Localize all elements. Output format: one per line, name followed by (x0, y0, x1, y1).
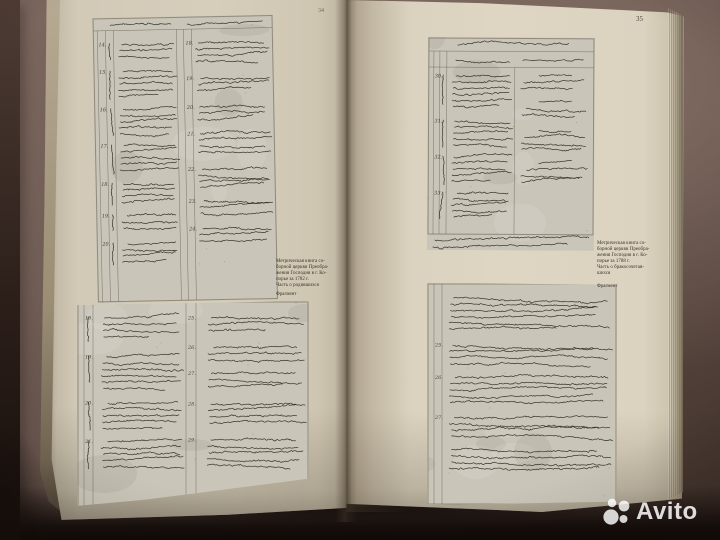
left-page-number: 34 (318, 8, 324, 14)
left-facsimile-caption: Метрическая книга со- борной церкви Прео… (276, 259, 328, 289)
caption-line: Часть о родившихся (276, 283, 328, 289)
facsimile-left-top-births-register: 14.15.16.17.18.19.20.18.19.20.21.22.23.2… (92, 15, 278, 303)
svg-text:30.: 30. (435, 74, 443, 80)
svg-text:20.: 20. (101, 242, 110, 248)
facsimile-left-bottom-births-register: 18.19.20.21.25.26.27.28.29. (77, 301, 309, 510)
svg-text:31.: 31. (435, 119, 443, 125)
avito-watermark: Avito (603, 495, 698, 528)
caption-line: Часть о бракосочетав- (597, 265, 649, 271)
svg-text:16.: 16. (100, 107, 108, 113)
caption-line: борной церкви Преобра- (276, 265, 328, 271)
svg-text:28.: 28. (187, 402, 196, 408)
svg-text:27.: 27. (434, 415, 443, 421)
svg-text:19.: 19. (102, 213, 110, 219)
svg-text:17.: 17. (100, 144, 108, 150)
svg-text:27.: 27. (187, 371, 196, 377)
fore-edge-page-stack (668, 8, 683, 502)
caption-line: шихся (597, 271, 649, 277)
svg-text:20.: 20. (186, 105, 195, 111)
svg-text:32.: 32. (434, 155, 442, 161)
svg-text:15.: 15. (99, 70, 107, 76)
photo-of-open-book: 14.15.16.17.18.19.20.18.19.20.21.22.23.2… (0, 0, 720, 540)
svg-text:18.: 18. (185, 41, 193, 47)
svg-text:23.: 23. (187, 199, 196, 205)
svg-text:18.: 18. (85, 316, 93, 322)
svg-text:24.: 24. (188, 226, 197, 232)
svg-text:25.: 25. (434, 343, 443, 349)
caption-line: борной церкви Преобра- (597, 247, 649, 253)
svg-text:21.: 21. (186, 131, 195, 137)
svg-text:33.: 33. (434, 191, 442, 197)
left-fragment-label: Фрагмент (276, 292, 296, 297)
svg-text:19.: 19. (85, 354, 93, 360)
svg-text:22.: 22. (187, 167, 196, 173)
caption-line: жения Господня в г. Ко- (597, 253, 649, 259)
svg-text:26.: 26. (187, 345, 196, 351)
svg-text:29.: 29. (187, 438, 196, 444)
right-page-number: 35 (636, 15, 643, 23)
svg-text:18.: 18. (101, 182, 109, 188)
facsimile-right-bottom-marriage-register: 25.26.27. (427, 283, 617, 505)
svg-text:26.: 26. (434, 375, 443, 381)
svg-text:14.: 14. (98, 42, 106, 48)
avito-logo-icon (603, 495, 633, 528)
caption-line: жения Господня в г. Ко- (276, 271, 328, 277)
svg-text:19.: 19. (186, 76, 194, 82)
right-facsimile-caption: Метрическая книга со- борной церкви Прео… (597, 241, 649, 276)
spine-shadow (335, 0, 357, 522)
svg-text:25.: 25. (187, 316, 196, 322)
right-fragment-label: Фрагмент (597, 284, 617, 289)
facsimile-right-top-marriage-register: 30.31.32.33. (427, 37, 595, 251)
watermark-label: Avito (636, 498, 698, 526)
